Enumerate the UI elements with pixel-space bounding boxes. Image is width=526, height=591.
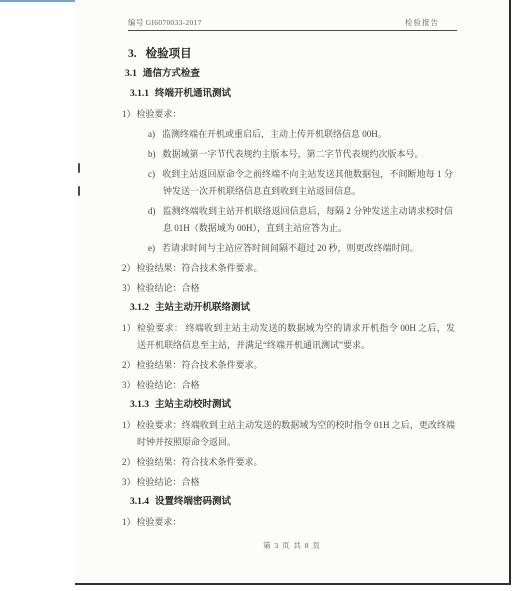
lettered-item: c)收到主站返回原命令之前终端不向主站发送其他数据包，不间断地每 1 分钟发送一… [75, 166, 509, 200]
document-body: 3.检验项目3.1通信方式检查3.1.1终端开机通讯测试1）检验要求：a)监测终… [75, 46, 509, 534]
item-label: b) [148, 149, 156, 159]
section-heading: 3.1.2主站主动开机联络测试 [130, 300, 509, 317]
item-label: c) [148, 169, 155, 179]
numbered-item: 1）检验要求： [75, 106, 509, 123]
item-label: 1） [122, 109, 136, 119]
page-number-indicator: 第 3 页 共 8 页 [75, 540, 509, 551]
numbered-item: 3）检验结论：合格 [75, 377, 509, 394]
item-text: 检验结论：合格 [137, 283, 200, 293]
item-label: 2） [122, 360, 136, 370]
item-text: 检验要求： 终端收到主站主动发送的数据域为空的请求开机指令 00H 之后，发送开… [137, 323, 455, 350]
numbered-item: 1）检验要求： [75, 514, 509, 531]
item-text: 若请求时间与主站应答时间间隔不超过 20 秒，则更改终端时间。 [162, 243, 419, 253]
item-text: 检验结果：符合技术条件要求。 [137, 457, 263, 467]
numbered-item: 1）检验要求： 终端收到主站主动发送的数据域为空的请求开机指令 00H 之后，发… [75, 320, 509, 354]
item-label: 3.1 [125, 69, 137, 79]
section-heading: 3.1.1终端开机通讯测试 [130, 86, 509, 103]
item-text: 检验要求： [137, 109, 182, 119]
section-heading: 3.1通信方式检查 [125, 66, 509, 83]
item-text: 收到主站返回原命令之前终端不向主站发送其他数据包，不间断地每 1 分钟发送一次开… [162, 169, 453, 196]
item-label: 3） [122, 380, 136, 390]
lettered-item: a)监测终端在开机或重启后，主动上传开机联络信息 00H。 [75, 126, 509, 143]
item-label: 2） [122, 263, 136, 273]
numbered-item: 2）检验结果：符合技术条件要求。 [75, 454, 509, 471]
section-heading: 3.检验项目 [128, 46, 509, 63]
item-text: 监测终端在开机或重启后，主动上传开机联络信息 00H。 [162, 129, 387, 139]
numbered-item: 3）检验结论：合格 [75, 280, 509, 297]
item-label: 3.1.4 [130, 497, 149, 507]
lettered-item: b)数据域第一字节代表规约主版本号，第二字节代表规约次版本号。 [75, 146, 509, 163]
item-label: 1） [122, 517, 136, 527]
item-label: 3） [122, 283, 136, 293]
section-heading: 3.1.3主站主动校时测试 [130, 397, 509, 414]
item-text: 检验结论：合格 [137, 380, 200, 390]
item-text: 检验结果：符合技术条件要求。 [137, 263, 263, 273]
section-heading: 3.1.4设置终端密码测试 [130, 494, 509, 511]
report-type-label: 检验报告 [405, 17, 439, 28]
scanned-document-viewport: 编号 GI6070033-2017 检验报告 3.检验项目3.1通信方式检查3.… [0, 0, 526, 591]
numbered-item: 3）检验结论：合格 [75, 474, 509, 491]
item-label: 3） [122, 477, 136, 487]
item-label: 1） [122, 323, 136, 333]
item-text: 主站主动开机联络测试 [155, 303, 250, 313]
item-text: 检验结论：合格 [137, 477, 200, 487]
item-label: 1） [122, 420, 136, 430]
item-text: 数据域第一字节代表规约主版本号，第二字节代表规约次版本号。 [163, 149, 424, 159]
numbered-item: 2）检验结果：符合技术条件要求。 [75, 260, 509, 277]
item-text: 通信方式检查 [143, 69, 200, 79]
report-page: 编号 GI6070033-2017 检验报告 3.检验项目3.1通信方式检查3.… [75, 0, 511, 585]
item-text: 检验结果：符合技术条件要求。 [137, 360, 263, 370]
item-label: 3.1.2 [130, 303, 149, 313]
item-text: 终端开机通讯测试 [155, 89, 231, 99]
item-text: 检验要求： [137, 517, 182, 527]
item-label: e) [148, 243, 155, 253]
item-label: 3. [128, 48, 137, 60]
item-label: 2） [122, 457, 136, 467]
lettered-item: e)若请求时间与主站应答时间间隔不超过 20 秒，则更改终端时间。 [75, 240, 509, 257]
item-label: 3.1.1 [130, 89, 149, 99]
item-text: 监测终端收到主站开机联络返回信息后，每隔 2 分钟发送主动请求校时信息 01H（… [163, 206, 454, 233]
numbered-item: 2）检验结果：符合技术条件要求。 [75, 357, 509, 374]
item-text: 设置终端密码测试 [155, 497, 231, 507]
lettered-item: d)监测终端收到主站开机联络返回信息后，每隔 2 分钟发送主动请求校时信息 01… [75, 203, 509, 237]
document-number: 编号 GI6070033-2017 [128, 17, 202, 28]
item-text: 主站主动校时测试 [155, 400, 231, 410]
item-label: d) [148, 206, 156, 216]
item-label: 3.1.3 [130, 400, 149, 410]
header-rule [128, 30, 457, 31]
item-text: 检验项目 [146, 48, 192, 60]
item-text: 检验要求：终端收到主站主动发送的数据域为空的校时指令 01H 之后，更改终端时钟… [137, 420, 455, 447]
numbered-item: 1）检验要求：终端收到主站主动发送的数据域为空的校时指令 01H 之后，更改终端… [75, 417, 509, 451]
item-label: a) [148, 129, 155, 139]
